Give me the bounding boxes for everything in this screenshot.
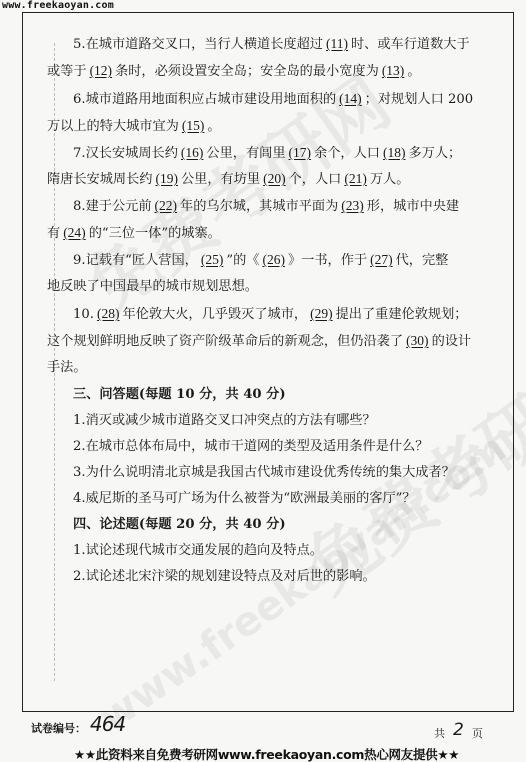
answer-blank: (12) <box>87 63 116 78</box>
question-text: ”的《 <box>226 253 259 268</box>
question-text: 6.城市道路用地面积应占城市建设用地面积的 <box>73 92 336 107</box>
section-4-title: 四、论述题(每题 20 分，共 40 分) <box>73 517 286 533</box>
question-text: 万以上的特大城市宜为 <box>47 119 179 134</box>
fill-in-question-8-line-1: 8.建于公元前(22)年的乌尔城，其城市平面为(23)形，城市中央建 <box>73 198 459 215</box>
question-text: 。 <box>407 64 420 79</box>
question-text: 5.在城市道路交叉口，当行人横道长度超过 <box>73 37 323 52</box>
fill-in-question-5-line-1: 5.在城市道路交叉口，当行人横道长度超过(11)时、或车行道数大于 <box>73 36 470 53</box>
exam-paper-frame <box>22 12 514 712</box>
question-text: 隋唐长安城周长约 <box>47 172 153 187</box>
answer-blank: (25) <box>198 252 227 267</box>
question-text: 余个，人口 <box>314 146 380 161</box>
answer-blank: (11) <box>323 36 351 51</box>
question-text: 9.记载有“匠人营国， <box>73 253 198 268</box>
answer-blank: (18) <box>380 145 409 160</box>
question-text: 公里，有坊里 <box>181 172 260 187</box>
answer-blank: (17) <box>286 145 315 160</box>
answer-blank: (19) <box>153 171 182 186</box>
question-3-2: 2.在城市总体布局中，城市干道网的类型及适用条件是什么？ <box>73 439 428 455</box>
question-text: 》一书，作于 <box>288 253 367 268</box>
question-text: 8.建于公元前 <box>73 199 152 214</box>
answer-blank: (21) <box>341 171 370 186</box>
question-3-3: 3.为什么说明清北京城是我国古代城市建设优秀传统的集大成者？ <box>73 465 455 481</box>
answer-blank: (20) <box>260 171 289 186</box>
question-text: 这个规划鲜明地反映了资产阶级革命后的新观念，但仍沿袭了 <box>47 334 403 349</box>
question-text: 的“三位一体”的城寨。 <box>89 226 221 241</box>
paper-number-value: 464 <box>90 712 125 736</box>
source-banner: ★★此资料来自免费考研网www.freekaoyan.com热心网友提供★★ <box>74 745 459 762</box>
question-text: 公里，有闾里 <box>206 146 285 161</box>
answer-blank: (22) <box>152 198 181 213</box>
answer-blank: (28) <box>94 306 123 321</box>
question-text: 代，完整 <box>396 253 449 268</box>
question-text: 年的乌尔城，其城市平面为 <box>180 199 338 214</box>
question-text: 10. <box>73 307 94 322</box>
fill-in-question-6-line-1: 6.城市道路用地面积应占城市建设用地面积的(14)；对规划人口 200 <box>73 91 473 108</box>
answer-blank: (29) <box>307 306 336 321</box>
answer-blank: (30) <box>403 333 432 348</box>
question-3-4: 4.威尼斯的圣马可广场为什么被誉为“欧洲最美丽的客厅”？ <box>73 491 416 507</box>
answer-blank: (24) <box>60 225 89 240</box>
fill-in-question-10-line-3: 手法。 <box>47 360 87 376</box>
paper-number-label: 试卷编号： <box>31 720 86 736</box>
question-text: 有 <box>47 226 60 241</box>
fill-in-question-8-line-2: 有(24)的“三位一体”的城寨。 <box>47 225 221 242</box>
question-4-1: 1.试论述现代城市交通发展的趋向及特点。 <box>73 543 323 559</box>
page-count-suffix: 页 <box>472 727 483 740</box>
answer-blank: (23) <box>338 198 367 213</box>
answer-blank: (16) <box>178 145 207 160</box>
fill-in-question-6-line-2: 万以上的特大城市宜为(15)。 <box>47 118 221 135</box>
question-text: 万人。 <box>370 172 410 187</box>
question-text: 个，人口 <box>289 172 342 187</box>
fill-in-question-7-line-2: 隋唐长安城周长约(19)公里，有坊里(20)个，人口(21)万人。 <box>47 171 409 188</box>
fill-in-question-9-line-1: 9.记载有“匠人营国，(25)”的《(26)》一书，作于(27)代，完整 <box>73 252 448 269</box>
question-text: 手法。 <box>47 360 87 375</box>
answer-blank: (14) <box>336 91 365 106</box>
question-text: 年伦敦大火，几乎毁灭了城市， <box>122 307 307 322</box>
answer-blank: (13) <box>379 63 408 78</box>
question-text: 条时，必须设置安全岛；安全岛的最小宽度为 <box>115 64 379 79</box>
question-text: 形，城市中央建 <box>367 199 459 214</box>
question-text: 或等于 <box>47 64 87 79</box>
section-3-title: 三、问答题(每题 10 分，共 40 分) <box>73 387 286 403</box>
site-url: www.freekaoyan.com <box>2 0 114 11</box>
fill-in-question-9-line-2: 地反映了中国最早的城市规划思想。 <box>47 279 258 295</box>
question-text: 7.汉长安城周长约 <box>73 146 178 161</box>
answer-blank: (26) <box>259 252 288 267</box>
page-count-prefix: 共 <box>434 727 445 740</box>
question-text: 提出了重建伦敦规划； <box>336 307 468 322</box>
page-count-total: 2 <box>453 720 464 740</box>
answer-blank: (27) <box>367 252 396 267</box>
question-3-1: 1.消灭或减少城市道路交叉口冲突点的方法有哪些？ <box>73 413 376 429</box>
question-text: 多万人； <box>408 146 461 161</box>
fill-in-question-7-line-1: 7.汉长安城周长约(16)公里，有闾里(17)余个，人口(18)多万人； <box>73 145 461 162</box>
question-4-2: 2.试论述北宋汴梁的规划建设特点及对后世的影响。 <box>73 569 376 585</box>
fill-in-question-10-line-1: 10.(28)年伦敦大火，几乎毁灭了城市，(29)提出了重建伦敦规划； <box>73 306 467 323</box>
page-count: 共2页 <box>434 722 483 742</box>
fill-in-question-10-line-2: 这个规划鲜明地反映了资产阶级革命后的新观念，但仍沿袭了(30)的设计 <box>47 333 471 350</box>
question-text: 地反映了中国最早的城市规划思想。 <box>47 279 258 294</box>
answer-blank: (15) <box>179 118 208 133</box>
question-text: 的设计 <box>432 334 472 349</box>
fill-in-question-5-line-2: 或等于(12)条时，必须设置安全岛；安全岛的最小宽度为(13)。 <box>47 63 421 80</box>
question-text: ；对规划人口 200 <box>365 92 474 107</box>
question-text: 。 <box>207 119 220 134</box>
question-text: 时、或车行道数大于 <box>351 37 470 52</box>
